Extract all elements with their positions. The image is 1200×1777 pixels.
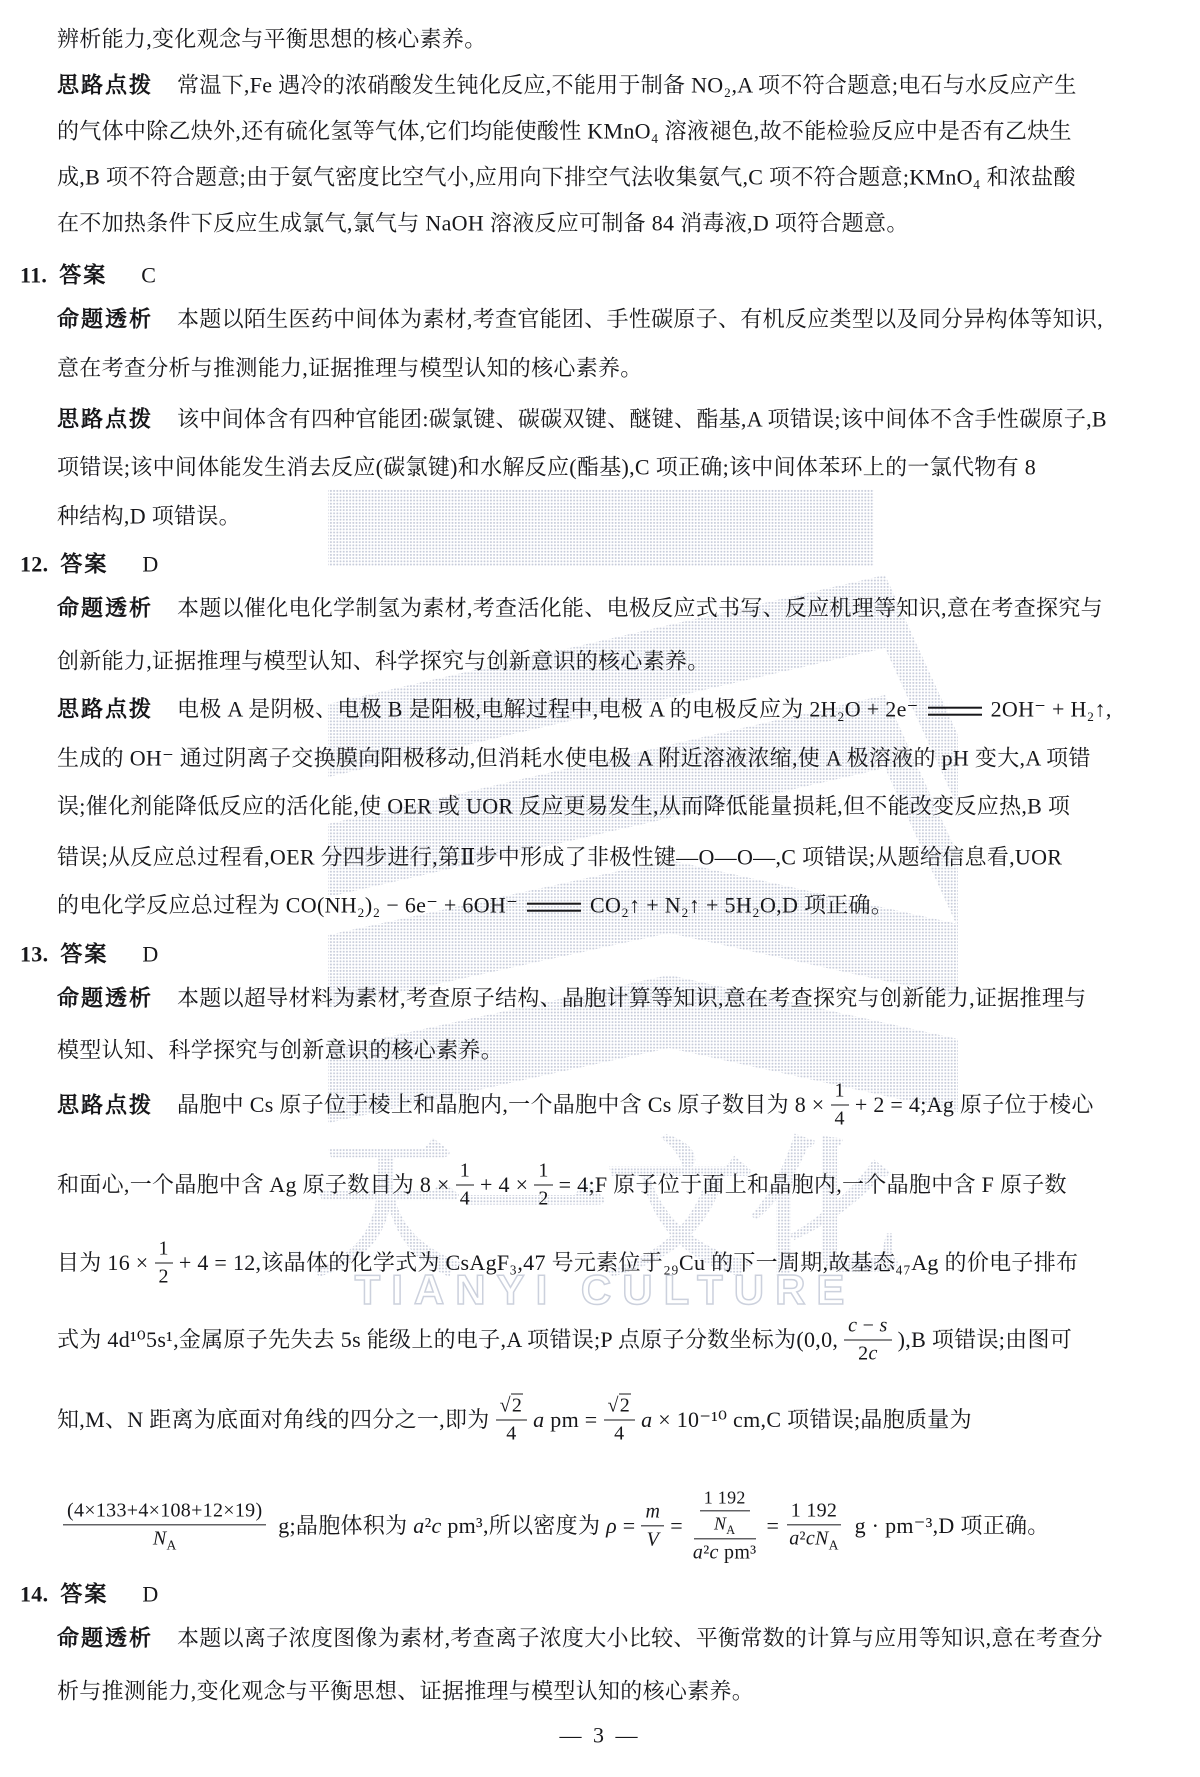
text-line: 错误;从反应总过程看,OER 分四步进行,第Ⅱ步中形成了非极性键—O—O—,C … <box>57 844 1062 873</box>
fraction: 12 <box>155 1238 173 1289</box>
text-line: 知,M、N 距离为底面对角线的四分之一,即为√24a pm =√24a × 10… <box>57 1397 972 1448</box>
item-number: 11. <box>20 263 47 288</box>
item-number: 14. <box>20 1582 48 1607</box>
text-line: 辨析能力,变化观念与平衡思想的核心素养。 <box>57 26 487 55</box>
fraction: 1 192NAa²c pm³ <box>689 1487 761 1564</box>
text-line: 思路点拨常温下,Fe 遇冷的浓硝酸发生钝化反应,不能用于制备 NO₂,A 项不符… <box>57 72 1077 101</box>
page-number: — 3 — <box>560 1722 641 1751</box>
text-line: 命题透析本题以陌生医药中间体为素材,考查官能团、手性碳原子、有机反应类型以及同分… <box>57 306 1103 335</box>
text-line: 生成的 OH⁻ 通过阴离子交换膜向阳极移动,但消耗水使电极 A 附近溶液浓缩,使… <box>57 745 1091 774</box>
section-label: 命题透析 <box>57 986 153 1011</box>
fraction: √24 <box>604 1395 636 1446</box>
page-content: — 3 — 辨析能力,变化观念与平衡思想的核心素养。思路点拨常温下,Fe 遇冷的… <box>0 0 1200 1777</box>
double-bond-equals-icon <box>928 707 982 716</box>
text-line: 思路点拨该中间体含有四种官能团:碳氯键、碳碳双键、醚键、酯基,A 项错误;该中间… <box>57 406 1107 435</box>
text-line: 在不加热条件下反应生成氯气,氯气与 NaOH 溶液反应可制备 84 消毒液,D … <box>57 210 909 239</box>
text-line: 的气体中除乙炔外,还有硫化氢等气体,它们均能使酸性 KMnO₄ 溶液褪色,故不能… <box>57 118 1072 147</box>
text-line: 误;催化剂能降低反应的活化能,使 OER 或 UOR 反应更易发生,从而降低能量… <box>57 793 1070 822</box>
text-line: 意在考查分析与推测能力,证据推理与模型认知的核心素养。 <box>57 355 643 384</box>
section-label: 答案 <box>60 552 108 577</box>
text-line: 思路点拨电极 A 是阴极、电极 B 是阳极,电解过程中,电极 A 的电极反应为 … <box>57 696 1112 725</box>
item-number: 12. <box>20 552 48 577</box>
text-line: 种结构,D 项错误。 <box>57 503 241 532</box>
fraction: 1 192a²cNA <box>785 1499 843 1553</box>
fraction: 14 <box>456 1160 474 1211</box>
document-page: { "page": {"width": 1200, "height": 1777… <box>0 0 1200 1777</box>
section-label: 思路点拨 <box>57 697 153 722</box>
sqrt: √2 <box>500 1394 524 1417</box>
section-label: 思路点拨 <box>57 407 153 432</box>
fraction: (4×133+4×108+12×19)NA <box>63 1499 266 1553</box>
section-label: 思路点拨 <box>57 1092 153 1117</box>
text-line: 的电化学反应总过程为 CO(NH₂)₂ − 6e⁻ + 6OH⁻CO₂↑ + N… <box>57 892 893 921</box>
text-line: 目为 16 ×12+ 4 = 12,该晶体的化学式为 CsAgF₃,47 号元素… <box>57 1240 1078 1291</box>
text-line: 命题透析本题以离子浓度图像为素材,考查离子浓度大小比较、平衡常数的计算与应用等知… <box>57 1625 1103 1654</box>
fraction: 1 192NA <box>700 1487 750 1536</box>
text-line: 13.答案D <box>20 941 159 970</box>
section-label: 命题透析 <box>57 1626 153 1651</box>
text-line: 11.答案C <box>20 262 156 291</box>
text-line: 模型认知、科学探究与创新意识的核心素养。 <box>57 1037 503 1066</box>
sqrt: √2 <box>608 1394 632 1417</box>
section-label: 思路点拨 <box>57 73 153 98</box>
text-line: 创新能力,证据推理与模型认知、科学探究与创新意识的核心素养。 <box>57 648 710 677</box>
text-line: (4×133+4×108+12×19)NA g;晶胞体积为 a²c pm³,所以… <box>57 1489 1050 1566</box>
fraction: mV <box>641 1501 664 1552</box>
section-label: 答案 <box>60 1582 108 1607</box>
text-line: 思路点拨晶胞中 Cs 原子位于棱上和晶胞内,一个晶胞中含 Cs 原子数目为 8 … <box>57 1082 1094 1133</box>
fraction: 12 <box>534 1160 552 1211</box>
text-line: 14.答案D <box>20 1581 159 1610</box>
text-line: 成,B 项不符合题意;由于氨气密度比空气小,应用向下排空气法收集氨气,C 项不符… <box>57 164 1076 193</box>
fraction: √24 <box>496 1395 528 1446</box>
section-label: 命题透析 <box>57 596 153 621</box>
text-line: 析与推测能力,变化观念与平衡思想、证据推理与模型认知的核心素养。 <box>57 1678 754 1707</box>
section-label: 答案 <box>60 942 108 967</box>
section-label: 答案 <box>59 263 107 288</box>
item-number: 13. <box>20 942 48 967</box>
text-line: 式为 4d¹⁰5s¹,金属原子先失去 5s 能级上的电子,A 项错误;P 点原子… <box>57 1317 1072 1368</box>
text-line: 12.答案D <box>20 551 159 580</box>
text-line: 命题透析本题以催化电化学制氢为素材,考查活化能、电极反应式书写、反应机理等知识,… <box>57 595 1103 624</box>
text-line: 和面心,一个晶胞中含 Ag 原子数目为 8 ×14+ 4 ×12= 4;F 原子… <box>57 1162 1067 1213</box>
text-line: 项错误;该中间体能发生消去反应(碳氯键)和水解反应(酯基),C 项正确;该中间体… <box>57 454 1036 483</box>
fraction: 14 <box>831 1080 849 1131</box>
section-label: 命题透析 <box>57 307 153 332</box>
double-bond-equals-icon <box>527 903 581 912</box>
text-line: 命题透析本题以超导材料为素材,考查原子结构、晶胞计算等知识,意在考查探究与创新能… <box>57 985 1086 1014</box>
fraction: c − s2c <box>844 1315 891 1366</box>
